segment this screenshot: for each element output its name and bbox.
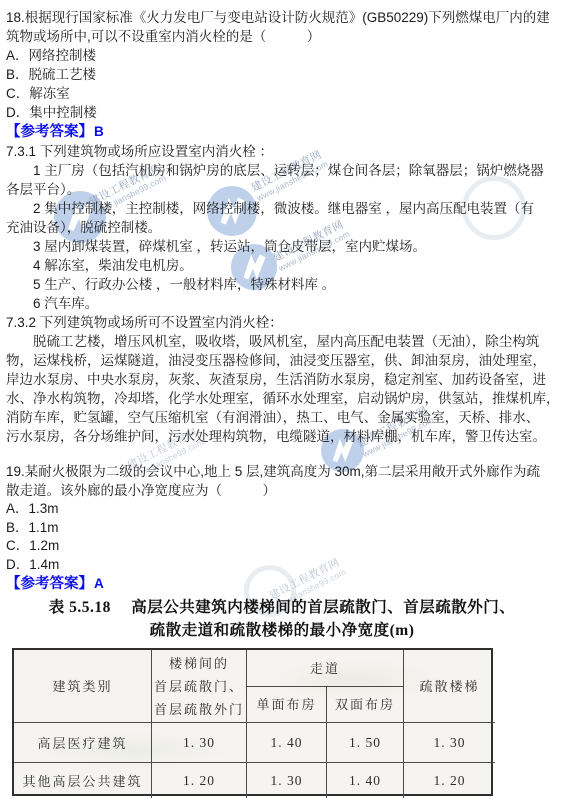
explanation-line: 4 解冻室，柴油发电机房。 <box>6 256 570 275</box>
explanation-line: 1 主厂房（包括汽机房和锅炉房的底层、运转层；煤仓间各层；除氧器层；锅炉燃烧器 <box>6 161 570 180</box>
code-7-3-1-heading: 7.3.1 下列建筑物或场所应设置室内消火栓 ： <box>6 142 570 161</box>
q19-option-d: D．1.4m <box>6 556 570 575</box>
q18-option-b: B．脱硫工艺楼 <box>6 65 570 84</box>
q19-option-a: A．1.3m <box>6 500 570 519</box>
question-18-section: 18.根据现行国家标准《火力发电厂与变电站设计防火规范》(GB50229)下列燃… <box>0 0 570 446</box>
table-header-stair-doors: 楼梯间的 首层疏散门、 首层疏散外门 <box>152 650 247 723</box>
question-19-section: 19.某耐火极限为二级的会议中心,地上 5 层,建筑高度为 30m,第二层采用敞… <box>0 463 570 593</box>
explanation-line: 物，运煤栈桥，运煤隧道，油浸变压器检修间，油浸变压器室，供、卸油泵房，油处理室， <box>6 351 570 370</box>
q18-answer-line: 【参考答案】B <box>6 122 570 142</box>
table-cell: 1. 40 <box>327 763 404 798</box>
code-7-3-2-heading: 7.3.2 下列建筑物或场所可不设置室内消火栓： <box>6 313 570 332</box>
q19-option-b: B．1.1m <box>6 519 570 538</box>
explanation-line: 2 集中控制楼，主控制楼，网络控制楼，微波楼。继电器室 ，屋内高压配电装置（有 <box>6 199 570 218</box>
table-header-evac-stairs: 疏散楼梯 <box>404 650 495 723</box>
explanation-line: 5 生产、行政办公楼 ，一般材料库，特殊材料库 。 <box>6 275 570 294</box>
q18-option-c: C．解冻室 <box>6 84 570 103</box>
explanation-line: 3 屋内卸煤装置，碎煤机室 ，转运站，筒仓皮带层，室内贮煤场。 <box>6 237 570 256</box>
table-5-5-18: 建筑类别 楼梯间的 首层疏散门、 首层疏散外门 走道 疏散楼梯 单面布房 双面布… <box>12 648 493 796</box>
answer-letter: B <box>94 124 104 139</box>
question-19-text-line: 散走道。该外廊的最小净宽度应为（ ） <box>6 482 570 501</box>
question-18-text-line: 筑物或场所中,可以不设重室内消火栓的是（ ） <box>6 27 570 46</box>
table-cell: 1. 20 <box>152 763 247 798</box>
explanation-line: 充油设备），脱硫控制楼。 <box>6 218 570 237</box>
table-title-line: 疏散走道和疏散楼梯的最小净宽度(m) <box>0 619 564 642</box>
answer-label: 【参考答案】 <box>6 576 93 592</box>
table-header-single-side: 单面布房 <box>247 687 327 723</box>
explanation-line: 消防车库，贮氢罐，空气压缩机室（有润滑油），热工、电气、金属实验室，天桥、排水、 <box>6 408 570 427</box>
q19-answer-line: 【参考答案】A <box>6 575 570 594</box>
document-page: 建设工程教育网 www.jianshe99.com 建设工程教育网 www.ji… <box>0 0 570 800</box>
table-header-corridor: 走道 <box>247 650 404 687</box>
table-cell: 1. 30 <box>404 723 495 763</box>
table-cell: 1. 20 <box>404 763 495 798</box>
answer-label: 【参考答案】 <box>6 124 93 140</box>
table-header-double-side: 双面布房 <box>327 687 404 723</box>
table-cell: 1. 30 <box>247 763 327 798</box>
explanation-line: 污水泵房，各分场维护间，污水处理构筑物，电缆隧道，材料库棚，机车库，警卫传达室。 <box>6 427 570 446</box>
q18-option-a: A．网络控制楼 <box>6 46 570 65</box>
question-18-text-line: 18.根据现行国家标准《火力发电厂与变电站设计防火规范》(GB50229)下列燃… <box>6 8 570 27</box>
answer-letter: A <box>94 576 104 591</box>
explanation-line: 6 汽车库。 <box>6 294 570 313</box>
explanation-line: 水、净水构筑物，冷却塔，化学水处理室，循环水处理室，启动锅炉房，供氢站，推煤机库… <box>6 389 570 408</box>
explanation-line: 各层平台）。 <box>6 180 570 199</box>
q19-option-c: C．1.2m <box>6 537 570 556</box>
table-cell: 1. 30 <box>152 723 247 763</box>
table-title: 表 5.5.18 高层公共建筑内楼梯间的首层疏散门、首层疏散外门、 疏散走道和疏… <box>0 596 564 642</box>
table-row-category: 高层医疗建筑 <box>14 723 152 763</box>
explanation-line: 脱硫工艺楼，增压风机室，吸收塔，吸风机室，屋内高压配电装置（无油），除尘构筑 <box>6 332 570 351</box>
table-title-line: 表 5.5.18 高层公共建筑内楼梯间的首层疏散门、首层疏散外门、 <box>0 596 564 619</box>
question-19-text-line: 19.某耐火极限为二级的会议中心,地上 5 层,建筑高度为 30m,第二层采用敞… <box>6 463 570 482</box>
table-cell: 1. 50 <box>327 723 404 763</box>
q18-option-d: D．集中控制楼 <box>6 103 570 122</box>
table-row-category: 其他高层公共建筑 <box>14 763 152 798</box>
explanation-line: 岸边水泵房、中央水泵房，灰浆、灰渣泵房，生活消防水泵房，稳定剂室、加药设备室，进 <box>6 370 570 389</box>
table-header-building-category: 建筑类别 <box>14 650 152 723</box>
table-cell: 1. 40 <box>247 723 327 763</box>
